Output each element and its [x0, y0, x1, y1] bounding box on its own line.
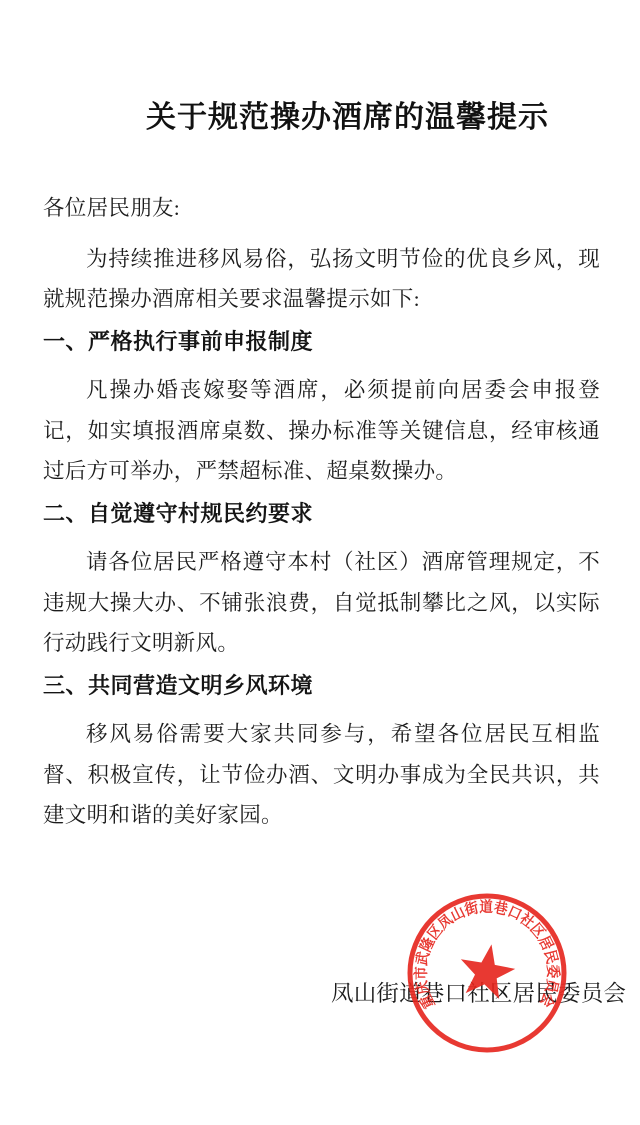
section-1-heading: 一、严格执行事前申报制度: [43, 322, 600, 363]
intro-paragraph: 为持续推进移风易俗，弘扬文明节俭的优良乡风，现就规范操办酒席相关要求温馨提示如下…: [43, 239, 600, 320]
notice-document: 关于规范操办酒席的温馨提示 各位居民朋友: 为持续推进移风易俗，弘扬文明节俭的优…: [0, 0, 640, 1125]
section-2-heading: 二、自觉遵守村规民约要求: [43, 494, 600, 535]
red-star-icon: [455, 940, 518, 1001]
seal-graphic: 重庆市武隆区凤山街道巷口社区居民委员会: [402, 888, 572, 1058]
section-3-heading: 三、共同营造文明乡风环境: [43, 666, 600, 707]
document-title: 关于规范操办酒席的温馨提示: [69, 97, 626, 138]
official-seal: 重庆市武隆区凤山街道巷口社区居民委员会: [402, 888, 572, 1058]
section-2-body: 请各位居民严格遵守本村（社区）酒席管理规定，不违规大操大办、不铺张浪费，自觉抵制…: [43, 542, 600, 664]
document-body: 关于规范操办酒席的温馨提示 各位居民朋友: 为持续推进移风易俗，弘扬文明节俭的优…: [0, 0, 640, 836]
salutation: 各位居民朋友:: [43, 188, 600, 229]
document-text: 各位居民朋友: 为持续推进移风易俗，弘扬文明节俭的优良乡风，现就规范操办酒席相关…: [43, 188, 600, 836]
section-1-body: 凡操办婚丧嫁娶等酒席，必须提前向居委会申报登记，如实填报酒席桌数、操办标准等关键…: [43, 370, 600, 492]
section-3-body: 移风易俗需要大家共同参与，希望各位居民互相监督、积极宣传，让节俭办酒、文明办事成…: [43, 714, 600, 836]
